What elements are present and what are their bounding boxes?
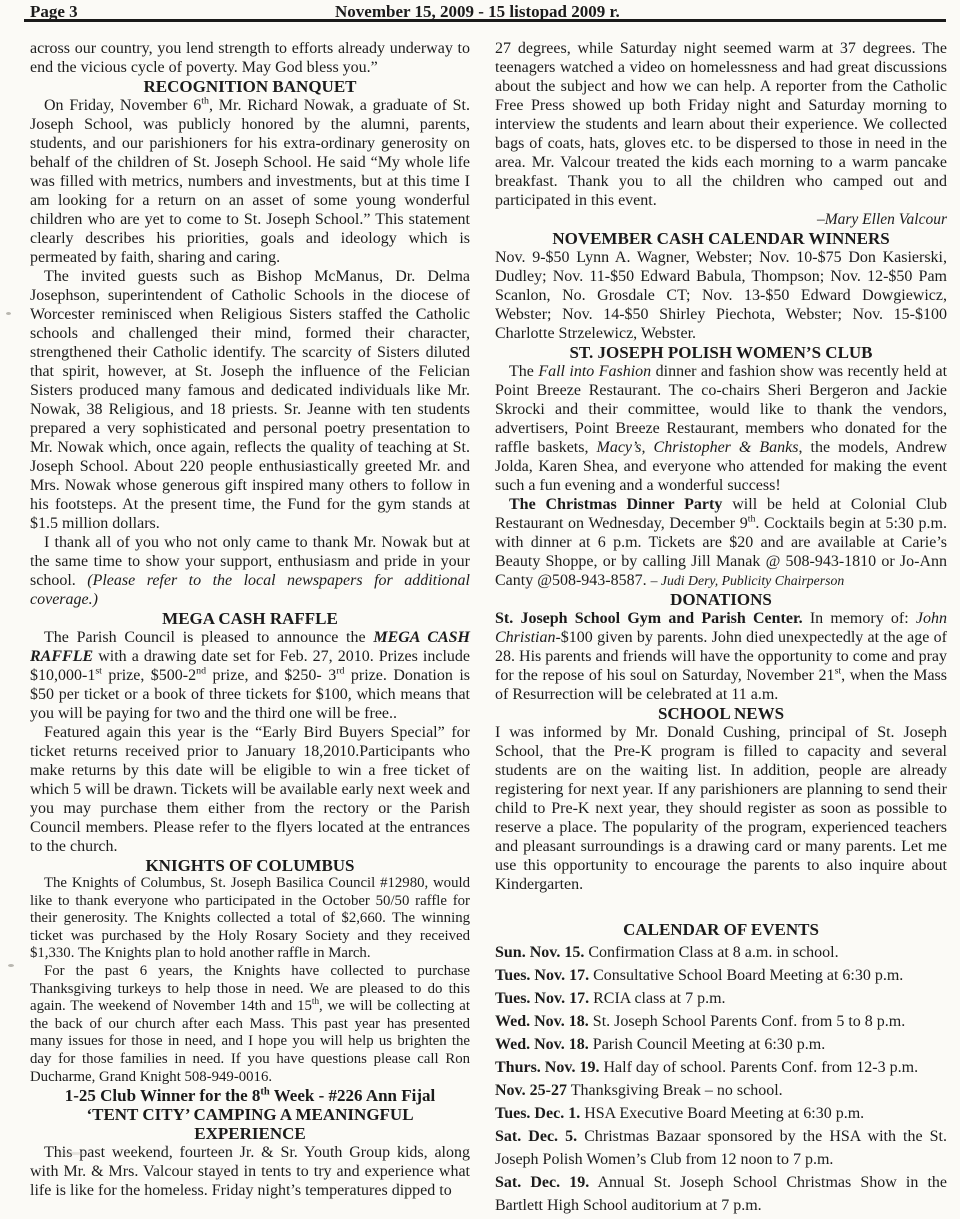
- scan-artifact: [8, 964, 14, 967]
- two-column-layout: across our country, you lend strength to…: [0, 39, 960, 1217]
- text-run: Half day of school. Parents Conf. from 1…: [599, 1059, 918, 1076]
- paragraph: Featured again this year is the “Early B…: [30, 723, 470, 856]
- text-run: CALENDAR OF EVENTS: [623, 920, 819, 939]
- text-run: SCHOOL NEWS: [658, 704, 784, 723]
- text-run: Confirmation Class at 8 a.m. in school.: [584, 944, 838, 961]
- right-column: 27 degrees, while Saturday night seemed …: [495, 39, 947, 1217]
- scan-artifact: [6, 312, 11, 315]
- paragraph: The invited guests such as Bishop McManu…: [30, 267, 470, 533]
- paragraph: Sun. Nov. 15. Confirmation Class at 8 a.…: [495, 941, 947, 964]
- paragraph: For the past 6 years, the Knights have c…: [30, 963, 470, 1086]
- section-heading: NOVEMBER CASH CALENDAR WINNERS: [495, 229, 947, 248]
- text-run: 27 degrees, while Saturday night seemed …: [495, 40, 947, 209]
- text-run: Fall into Fashion: [538, 363, 651, 380]
- text-run: ‘TENT CITY’ CAMPING A MEANINGFUL EXPERIE…: [86, 1105, 413, 1143]
- text-run: Tues. Nov. 17.: [495, 967, 589, 984]
- text-run: The Parish Council is pleased to announc…: [44, 629, 373, 646]
- text-run: Sat. Dec. 19.: [495, 1174, 589, 1191]
- section-heading: MEGA CASH RAFFLE: [30, 609, 470, 628]
- text-run: nd: [196, 666, 206, 677]
- paragraph: Wed. Nov. 18. Parish Council Meeting at …: [495, 1033, 947, 1056]
- text-run: Featured again this year is the “Early B…: [30, 724, 470, 855]
- text-run: 1-25 Club Winner for the 8: [65, 1086, 261, 1105]
- text-run: Week - #226 Ann Fijal: [270, 1086, 435, 1105]
- text-run: Sun. Nov. 15.: [495, 944, 584, 961]
- text-run: St. Joseph School Parents Conf. from 5 t…: [589, 1013, 905, 1030]
- left-column: across our country, you lend strength to…: [30, 39, 470, 1217]
- text-run: – Judi Dery, Publicity Chairperson: [651, 573, 845, 588]
- section-heading: DONATIONS: [495, 590, 947, 609]
- paragraph: The Parish Council is pleased to announc…: [30, 628, 470, 723]
- paragraph: The Christmas Dinner Party will be held …: [495, 495, 947, 590]
- section-heading: ST. JOSEPH POLISH WOMEN’S CLUB: [495, 343, 947, 362]
- text-run: st: [95, 666, 102, 677]
- paragraph: Thurs. Nov. 19. Half day of school. Pare…: [495, 1056, 947, 1079]
- text-run: RECOGNITION BANQUET: [143, 77, 356, 96]
- scan-artifact: [60, 1152, 86, 1155]
- text-run: KNIGHTS OF COLUMBUS: [145, 856, 354, 875]
- text-run: th: [201, 96, 209, 107]
- section-heading: RECOGNITION BANQUET: [30, 77, 470, 96]
- text-run: Nov. 25-27: [495, 1082, 567, 1099]
- paragraph: Nov. 9-$50 Lynn A. Wagner, Webster; Nov.…: [495, 248, 947, 343]
- text-run: DONATIONS: [670, 590, 772, 609]
- signature: –Mary Ellen Valcour: [495, 210, 947, 229]
- paragraph: Tues. Nov. 17. Consultative School Board…: [495, 964, 947, 987]
- text-run: prize, and $250- 3: [206, 667, 336, 684]
- text-run: th: [312, 996, 319, 1006]
- paragraph: Wed. Nov. 18. St. Joseph School Parents …: [495, 1010, 947, 1033]
- paragraph: Sat. Dec. 5. Christmas Bazaar sponsored …: [495, 1125, 947, 1171]
- section-heading: CALENDAR OF EVENTS: [495, 918, 947, 941]
- spacer: [495, 894, 947, 918]
- paragraph: The Knights of Columbus, St. Joseph Basi…: [30, 875, 470, 963]
- text-run: HSA Executive Board Meeting at 6:30 p.m.: [580, 1105, 864, 1122]
- text-run: NOVEMBER CASH CALENDAR WINNERS: [552, 229, 889, 248]
- text-run: Thanksgiving Break – no school.: [567, 1082, 783, 1099]
- text-run: The Christmas Dinner Party: [509, 496, 722, 513]
- text-run: Tues. Nov. 17.: [495, 990, 589, 1007]
- text-run: , Mr. Richard Nowak, a graduate of St. J…: [30, 97, 470, 266]
- text-run: This past weekend, fourteen Jr. & Sr. Yo…: [30, 1144, 470, 1199]
- text-run: The Knights of Columbus, St. Joseph Basi…: [30, 875, 470, 961]
- section-heading: 1-25 Club Winner for the 8th Week - #226…: [30, 1086, 470, 1105]
- paragraph: across our country, you lend strength to…: [30, 39, 470, 77]
- paragraph: This past weekend, fourteen Jr. & Sr. Yo…: [30, 1143, 470, 1200]
- paragraph: The Fall into Fashion dinner and fashion…: [495, 362, 947, 495]
- scanned-bulletin-page: Page 3 November 15, 2009 - 15 listopad 2…: [0, 0, 960, 1219]
- text-run: MEGA CASH RAFFLE: [162, 609, 338, 628]
- paragraph: 27 degrees, while Saturday night seemed …: [495, 39, 947, 210]
- text-run: ST. JOSEPH POLISH WOMEN’S CLUB: [569, 343, 872, 362]
- paragraph: Nov. 25-27 Thanksgiving Break – no schoo…: [495, 1079, 947, 1102]
- text-run: I was informed by Mr. Donald Cushing, pr…: [495, 724, 947, 893]
- paragraph: On Friday, November 6th, Mr. Richard Now…: [30, 96, 470, 267]
- text-run: Parish Council Meeting at 6:30 p.m.: [589, 1036, 825, 1053]
- text-run: The invited guests such as Bishop McManu…: [30, 268, 470, 532]
- paragraph: I thank all of you who not only came to …: [30, 533, 470, 609]
- text-run: Wed. Nov. 18.: [495, 1036, 589, 1053]
- text-run: across our country, you lend strength to…: [30, 40, 470, 76]
- text-run: St. Joseph School Gym and Parish Center.: [495, 610, 803, 627]
- section-heading: SCHOOL NEWS: [495, 704, 947, 723]
- text-run: On Friday, November 6: [44, 97, 201, 114]
- header-rule: [24, 19, 946, 22]
- paragraph: St. Joseph School Gym and Parish Center.…: [495, 609, 947, 704]
- text-run: Wed. Nov. 18.: [495, 1013, 589, 1030]
- paragraph: Sat. Dec. 19. Annual St. Joseph School C…: [495, 1171, 947, 1217]
- text-run: Sat. Dec. 5.: [495, 1128, 577, 1145]
- paragraph: Tues. Nov. 17. RCIA class at 7 p.m.: [495, 987, 947, 1010]
- text-run: th: [260, 1086, 269, 1097]
- text-run: RCIA class at 7 p.m.: [589, 990, 725, 1007]
- text-run: Macy’s, Christopher & Banks: [597, 439, 799, 456]
- text-run: Thurs. Nov. 19.: [495, 1059, 599, 1076]
- paragraph: I was informed by Mr. Donald Cushing, pr…: [495, 723, 947, 894]
- text-run: (Please refer to the local newspapers fo…: [30, 572, 470, 608]
- paragraph: Tues. Dec. 1. HSA Executive Board Meetin…: [495, 1102, 947, 1125]
- section-heading: ‘TENT CITY’ CAMPING A MEANINGFUL EXPERIE…: [30, 1105, 470, 1143]
- text-run: Consultative School Board Meeting at 6:3…: [589, 967, 903, 984]
- section-heading: KNIGHTS OF COLUMBUS: [30, 856, 470, 875]
- text-run: –Mary Ellen Valcour: [817, 211, 947, 228]
- text-run: Tues. Dec. 1.: [495, 1105, 580, 1122]
- text-run: Nov. 9-$50 Lynn A. Wagner, Webster; Nov.…: [495, 249, 947, 342]
- text-run: In memory of:: [803, 610, 916, 627]
- text-run: The: [509, 363, 538, 380]
- text-run: prize, $500-2: [102, 667, 196, 684]
